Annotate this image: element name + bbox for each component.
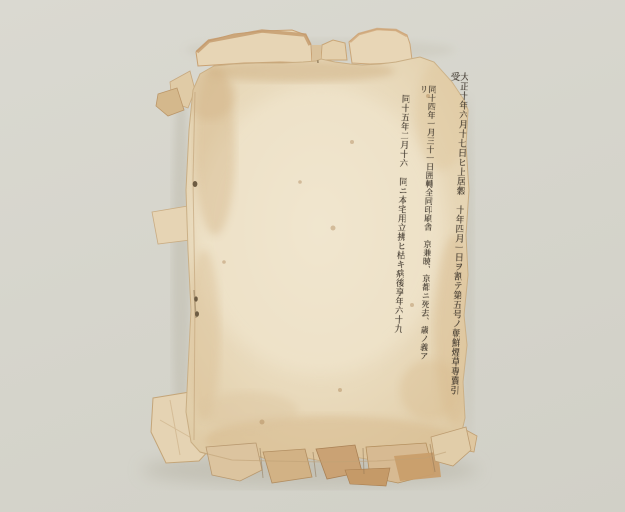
bottom-tatter-small [345, 468, 390, 486]
manuscript-photo [0, 0, 625, 512]
bottom-tatter [263, 449, 312, 483]
left-edge-tab [152, 206, 190, 244]
photo-stage: 大正十年六月十七日ヒ上居穀 十年四月一日ヲ割テ第五号ノ朝鮮煙草専賣引受 同十四年… [0, 0, 625, 512]
